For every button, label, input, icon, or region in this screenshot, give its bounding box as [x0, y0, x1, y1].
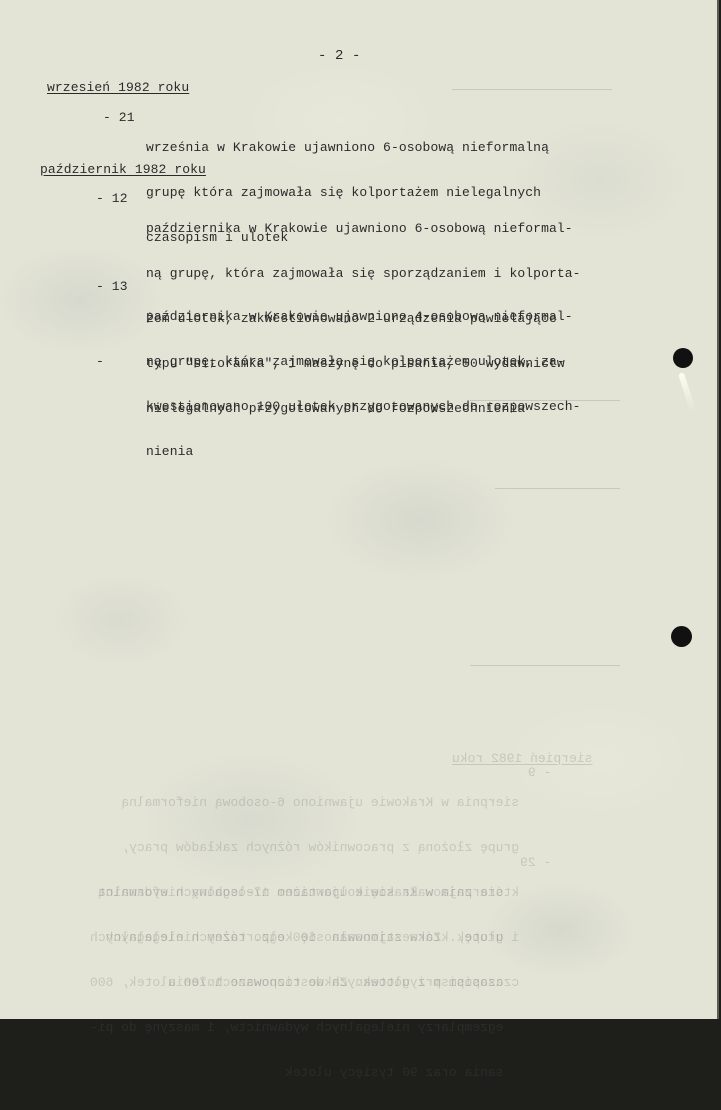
entry-marker-empty: - [96, 354, 104, 369]
entry-marker-21-september: - 21 [103, 110, 135, 125]
section-heading-september: wrzesień 1982 roku [47, 80, 189, 95]
entry-line: września w Krakowie ujawniono 6-osobową … [146, 140, 549, 155]
entry-line: października w Krakowie ujawniono 4-osob… [146, 309, 581, 324]
page-number: - 2 - [318, 49, 361, 64]
section-heading-october: październik 1982 roku [40, 162, 206, 177]
punch-hole-bottom [671, 626, 692, 647]
bleed-through-marker-1: - 9 [528, 765, 551, 780]
entry-line: ną grupę, która zajmowała się kolportaże… [146, 354, 581, 369]
entry-13-october: października w Krakowie ujawniono 4-osob… [146, 279, 581, 489]
bleed-line: czasopism i ulotek. Zakwestionowano 1.70… [90, 975, 503, 990]
entry-line: nienia [146, 444, 581, 459]
entry-line: października w Krakowie ujawniono 6-osob… [146, 221, 581, 236]
punch-hole-top [673, 348, 693, 368]
entry-marker-12-october: - 12 [96, 191, 128, 206]
bleed-line: sierpnia w Krakowie ujawniono 17-osobową… [90, 885, 503, 900]
bleed-line: sierpnia w Krakowie ujawniono 6-osobową … [90, 795, 519, 810]
entry-marker-13-october: - 13 [96, 279, 128, 294]
bleed-line: egzemplarzy nielegalnych wydawnictw, 1 m… [90, 1020, 503, 1024]
ghost-rule [470, 665, 620, 666]
bleed-line: grupę złożoną z pracowników różnych zakł… [90, 840, 519, 855]
bleed-line: grupę, która zajmowała się kolportażem n… [90, 930, 503, 945]
paper-tear-mark [678, 372, 696, 412]
entry-line: kwestionowano 100 ulotek przygotowanych … [146, 399, 581, 414]
bleed-through-heading-text: sierpień 1982 roku [452, 751, 592, 766]
bleed-through-marker-2: - 29 [520, 855, 551, 870]
bleed-through-entry-2: sierpnia w Krakowie ujawniono 17-osobową… [90, 855, 503, 1024]
ghost-rule [452, 89, 612, 90]
document-page: sierpień 1982 roku sierpnia w Krakowie u… [0, 0, 719, 1019]
